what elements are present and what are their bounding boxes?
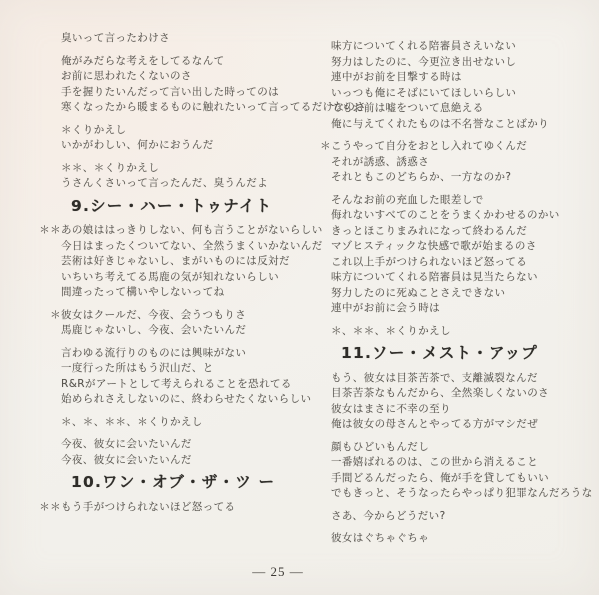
lyric-line: ＊、＊、＊＊、＊くりかえし [61, 415, 313, 431]
lyric-line: ＊＊もう手がつけられないほど怒ってる [61, 500, 313, 516]
lyric-line: 一度行った所はもう沢山だ、と [61, 361, 313, 377]
lyric-line-text: 臭いって言ったわけさ [61, 32, 170, 44]
verse: もう、彼女は目茶苦茶で、支離滅裂なんだ目茶苦茶なもんだから、全然楽しくないのさ彼… [331, 371, 591, 433]
lyric-line-text: 連中がお前に会う時は [331, 302, 440, 314]
lyric-line: 連中がお前に会う時は [331, 301, 591, 317]
lyric-line-text: 味方についてくれる陪審員は見当たらない [331, 271, 538, 283]
lyric-line: 芸術は好きじゃないし、まがいものには反対だ [61, 254, 313, 270]
lyric-line: きっとほこりまみれになって終わるんだ [331, 224, 591, 240]
lyric-line: 臭いって言ったわけさ [61, 31, 313, 47]
lyric-line: いちいち考えてる馬鹿の気が知れないらしい [61, 270, 313, 286]
verse: 彼女はぐちゃぐちゃ [331, 531, 591, 547]
lyric-line-text: 寒くなったから暖まるものに触れたいって言ってるだけなのさ [61, 101, 366, 113]
lyric-line: 努力したのに死ぬことさえできない [331, 286, 591, 302]
song-title: 10.ワン・オブ・ザ・ツ ー [71, 475, 313, 491]
lyric-line: 顔もひどいもんだし [331, 440, 591, 456]
lyric-line: R&Rがアートとして考えられることを恐れてる [61, 377, 313, 393]
lyric-line: ＊＊あの娘ははっきりしない、何も言うことがないらしい [61, 223, 313, 239]
lyric-line-text: うさんくさいって言ったんだ、臭うんだよ [61, 177, 268, 189]
lyric-line: もう、彼女は目茶苦茶で、支離滅裂なんだ [331, 371, 591, 387]
lyric-line: 目茶苦茶なもんだから、全然楽しくないのさ [331, 386, 591, 402]
verse: 俺がみだらな考えをしてるなんてお前に思われたくないのさ手を握りたいんだって言い出… [61, 54, 313, 116]
lyric-line: ＊こうやって自分をおとし入れてゆくんだ [331, 139, 591, 155]
verse: ＊＊もう手がつけられないほど怒ってる [61, 500, 313, 516]
page-number: — 25 — [218, 564, 338, 580]
song-title: 11.ソー・メスト・アップ [341, 346, 591, 362]
verse: 臭いって言ったわけさ [61, 31, 313, 47]
lyric-line: うさんくさいって言ったんだ、臭うんだよ [61, 176, 313, 192]
lyric-line-text: 努力したのに死ぬことさえできない [331, 287, 505, 299]
lyric-line-text: ＊くりかえし [61, 124, 126, 136]
verse: ＊彼女はクールだ、今夜、会うつもりさ馬鹿じゃないし、今夜、会いたいんだ [61, 308, 313, 339]
lyric-line-text: お前に思われたくないのさ [61, 70, 192, 82]
verse: ＊＊、＊くりかえしうさんくさいって言ったんだ、臭うんだよ [61, 161, 313, 192]
lyric-line: 間違ったって構いやしないってね [61, 285, 313, 301]
lyric-line-text: 今日はまったくついてない、全然うまくいかないんだ [61, 240, 323, 252]
lyric-line-text: ＊、＊＊、＊くりかえし [331, 325, 451, 337]
lyric-line-text: 俺がみだらな考えをしてるなんて [61, 55, 225, 67]
lyric-line: いっつも俺にそばにいてほしいらしい [331, 86, 591, 102]
lyric-line: 手間どるんだったら、俺が手を貸してもいい [331, 471, 591, 487]
lyric-line: 寒くなったから暖まるものに触れたいって言ってるだけなのさ [61, 100, 313, 116]
lyrics-column-right: 味方についてくれる陪審員さえいない努力はしたのに、今更泣き出せないし連中がお前を… [331, 39, 591, 554]
verse: ＊＊あの娘ははっきりしない、何も言うことがないらしい今日はまったくついてない、全… [61, 223, 313, 301]
lyric-line: そんなお前の充血した眼差しで [331, 193, 591, 209]
refrain-marker: ＊＊ [39, 500, 61, 516]
lyric-line: マゾヒスティックな快感で歌が始まるのさ [331, 239, 591, 255]
lyric-line: それともこのどちらか、一方なのか? [331, 170, 591, 186]
lyrics-column-left: 臭いって言ったわけさ俺がみだらな考えをしてるなんてお前に思われたくないのさ手を握… [61, 31, 313, 522]
lyric-line: 努力はしたのに、今更泣き出せないし [331, 55, 591, 71]
lyric-line: 始められさえしないのに、終わらせたくないらしい [61, 392, 313, 408]
lyric-line: でもお前は嘘をついて息絶える [331, 101, 591, 117]
lyric-line: ＊＊、＊くりかえし [61, 161, 313, 177]
lyric-line-text: 一番嬉ばれるのは、この世から消えること [331, 456, 538, 468]
lyric-line-text: いっつも俺にそばにいてほしいらしい [331, 87, 516, 99]
verse: ＊、＊、＊＊、＊くりかえし [61, 415, 313, 431]
lyric-line: ＊、＊＊、＊くりかえし [331, 324, 591, 340]
lyric-line-text: 彼女はクールだ、今夜、会うつもりさ [61, 309, 246, 321]
lyric-line-text: マゾヒスティックな快感で歌が始まるのさ [331, 240, 537, 252]
verse: ＊くりかえしいかがわしい、何かにおうんだ [61, 123, 313, 154]
lyric-line: 今夜、彼女に会いたいんだ [61, 453, 313, 469]
lyric-line-text: R&Rがアートとして考えられることを恐れてる [61, 378, 292, 390]
lyric-line-text: でもきっと、そうなったらやっぱり犯罪なんだろうな [331, 487, 593, 499]
lyric-line: これ以上手がつけられないほど怒ってる [331, 255, 591, 271]
lyric-line-text: 俺に与えてくれたものは不名誉なことばかり [331, 118, 549, 130]
verse: 味方についてくれる陪審員さえいない努力はしたのに、今更泣き出せないし連中がお前を… [331, 39, 591, 132]
lyric-line: 俺に与えてくれたものは不名誉なことばかり [331, 117, 591, 133]
verse: 顔もひどいもんだし一番嬉ばれるのは、この世から消えること手間どるんだったら、俺が… [331, 440, 591, 502]
lyric-line-text: 手を握りたいんだって言い出した時ってのは [61, 86, 279, 98]
refrain-marker: ＊ [50, 308, 61, 324]
verse: ＊こうやって自分をおとし入れてゆくんだそれが誘惑、誘惑さそれともこのどちらか、一… [331, 139, 591, 186]
lyric-line-text: 今夜、彼女に会いたいんだ [61, 438, 192, 450]
lyric-line-text: 彼女はぐちゃぐちゃ [331, 532, 429, 544]
lyric-line: 今夜、彼女に会いたいんだ [61, 437, 313, 453]
lyric-line-text: 始められさえしないのに、終わらせたくないらしい [61, 393, 311, 405]
verse: そんなお前の充血した眼差しで侮れないすべてのことをうまくかわせるのかいきっとほこ… [331, 193, 591, 317]
lyric-line: それが誘惑、誘惑さ [331, 155, 591, 171]
lyric-line: ＊彼女はクールだ、今夜、会うつもりさ [61, 308, 313, 324]
lyric-line: 味方についてくれる陪審員は見当たらない [331, 270, 591, 286]
lyric-line-text: それが誘惑、誘惑さ [331, 156, 429, 168]
lyric-line-text: いかがわしい、何かにおうんだ [61, 139, 214, 151]
lyric-line-text: 彼女はまさに不幸の至り [331, 403, 451, 415]
lyric-line: でもきっと、そうなったらやっぱり犯罪なんだろうな [331, 486, 591, 502]
booklet-page: 臭いって言ったわけさ俺がみだらな考えをしてるなんてお前に思われたくないのさ手を握… [0, 0, 599, 595]
lyric-line-text: ＊＊、＊くりかえし [61, 162, 159, 174]
lyric-line-text: 今夜、彼女に会いたいんだ [61, 454, 192, 466]
verse: さあ、今からどうだい? [331, 509, 591, 525]
lyric-line-text: そんなお前の充血した眼差しで [331, 194, 484, 206]
lyric-line-text: もう、彼女は目茶苦茶で、支離滅裂なんだ [331, 372, 538, 384]
lyric-line-text: でもお前は嘘をついて息絶える [331, 102, 484, 114]
lyric-line: 彼女はまさに不幸の至り [331, 402, 591, 418]
lyric-line-text: きっとほこりまみれになって終わるんだ [331, 225, 527, 237]
verse: ＊、＊＊、＊くりかえし [331, 324, 591, 340]
lyric-line: 味方についてくれる陪審員さえいない [331, 39, 591, 55]
lyric-line-text: 芸術は好きじゃないし、まがいものには反対だ [61, 255, 290, 267]
lyric-line-text: 言わゆる流行りのものには興味がない [61, 347, 246, 359]
lyric-line: 連中がお前を目撃する時は [331, 70, 591, 86]
lyric-line-text: 顔もひどいもんだし [331, 441, 429, 453]
lyric-line-text: あの娘ははっきりしない、何も言うことがないらしい [61, 224, 323, 236]
lyric-line: 彼女はぐちゃぐちゃ [331, 531, 591, 547]
lyric-line-text: 手間どるんだったら、俺が手を貸してもいい [331, 472, 549, 484]
refrain-marker: ＊＊ [39, 223, 61, 239]
lyric-line: ＊くりかえし [61, 123, 313, 139]
lyric-line-text: さあ、今からどうだい? [331, 510, 446, 522]
lyric-line: 侮れないすべてのことをうまくかわせるのかい [331, 208, 591, 224]
lyric-line: 俺がみだらな考えをしてるなんて [61, 54, 313, 70]
lyric-line-text: 味方についてくれる陪審員さえいない [331, 40, 516, 52]
lyric-line-text: 連中がお前を目撃する時は [331, 71, 462, 83]
lyric-line-text: 侮れないすべてのことをうまくかわせるのかい [331, 209, 560, 221]
lyric-line-text: これ以上手がつけられないほど怒ってる [331, 256, 527, 268]
lyric-line: いかがわしい、何かにおうんだ [61, 138, 313, 154]
lyric-line-text: 馬鹿じゃないし、今夜、会いたいんだ [61, 324, 246, 336]
lyric-line: 一番嬉ばれるのは、この世から消えること [331, 455, 591, 471]
lyric-line-text: いちいち考えてる馬鹿の気が知れないらしい [61, 271, 279, 283]
lyric-line: 手を握りたいんだって言い出した時ってのは [61, 85, 313, 101]
lyric-line-text: それともこのどちらか、一方なのか? [331, 171, 511, 183]
lyric-line-text: 一度行った所はもう沢山だ、と [61, 362, 214, 374]
lyric-line-text: こうやって自分をおとし入れてゆくんだ [331, 140, 527, 152]
lyric-line-text: 間違ったって構いやしないってね [61, 286, 225, 298]
lyric-line: 俺は彼女の母さんとやってる方がマシだぜ [331, 417, 591, 433]
refrain-marker: ＊ [320, 139, 331, 155]
lyric-line-text: 俺は彼女の母さんとやってる方がマシだぜ [331, 418, 538, 430]
lyric-line-text: 目茶苦茶なもんだから、全然楽しくないのさ [331, 387, 549, 399]
lyric-line: 今日はまったくついてない、全然うまくいかないんだ [61, 239, 313, 255]
lyric-line: 言わゆる流行りのものには興味がない [61, 346, 313, 362]
lyric-line: お前に思われたくないのさ [61, 69, 313, 85]
lyric-line-text: 努力はしたのに、今更泣き出せないし [331, 56, 516, 68]
verse: 今夜、彼女に会いたいんだ今夜、彼女に会いたいんだ [61, 437, 313, 468]
lyric-line: さあ、今からどうだい? [331, 509, 591, 525]
lyric-line: 馬鹿じゃないし、今夜、会いたいんだ [61, 323, 313, 339]
song-title: 9.シー・ハー・トゥナイト [71, 199, 313, 215]
lyric-line-text: もう手がつけられないほど怒ってる [61, 501, 235, 513]
lyric-line-text: ＊、＊、＊＊、＊くりかえし [61, 416, 203, 428]
verse: 言わゆる流行りのものには興味がない一度行った所はもう沢山だ、とR&Rがアートとし… [61, 346, 313, 408]
